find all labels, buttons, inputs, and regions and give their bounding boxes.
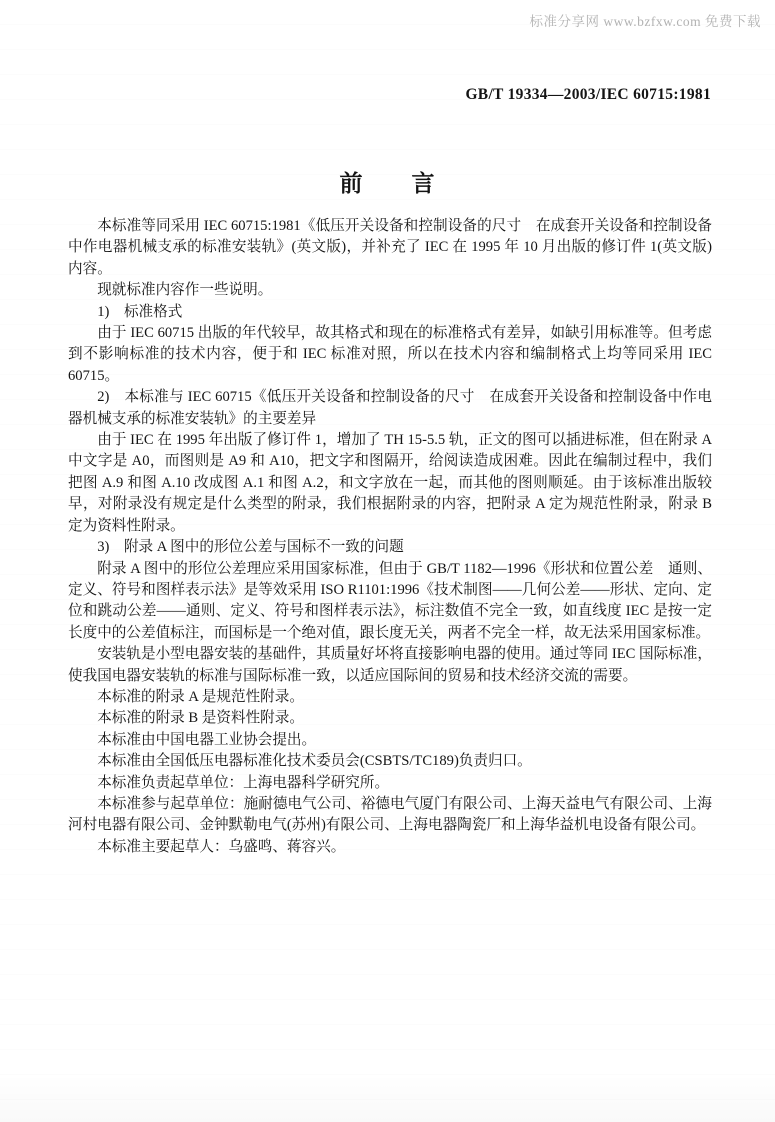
paragraph: 本标准负责起草单位：上海电器科学研究所。 [68,773,712,794]
paragraph: 3) 附录 A 图中的形位公差与国标不一致的问题 [68,537,712,558]
paragraph: 现就标准内容作一些说明。 [68,280,712,301]
paragraph: 由于 IEC 在 1995 年出版了修订件 1，增加了 TH 15-5.5 轨，… [68,430,712,537]
document-page: 标准分享网 www.bzfxw.com 免费下载 GB/T 19334—2003… [0,0,775,1122]
paragraph: 附录 A 图中的形位公差理应采用国家标准，但由于 GB/T 1182—1996《… [68,559,712,645]
paragraph: 本标准的附录 B 是资料性附录。 [68,708,712,729]
paragraph: 2) 本标准与 IEC 60715《低压开关设备和控制设备的尺寸 在成套开关设备… [68,387,712,430]
paragraph: 1) 标准格式 [68,302,712,323]
watermark-text: 标准分享网 www.bzfxw.com 免费下载 [530,10,761,30]
paragraph: 由于 IEC 60715 出版的年代较早，故其格式和现在的标准格式有差异，如缺引… [68,323,712,387]
standard-code: GB/T 19334—2003/IEC 60715:1981 [465,86,711,104]
paragraph: 本标准等同采用 IEC 60715:1981《低压开关设备和控制设备的尺寸 在成… [68,216,712,280]
page-title: 前 言 [0,165,775,198]
paragraph: 本标准由中国电器工业协会提出。 [68,730,712,751]
paragraph: 本标准的附录 A 是规范性附录。 [68,687,712,708]
paragraph: 本标准主要起草人：乌盛鸣、蒋容兴。 [68,837,712,858]
paragraph: 本标准参与起草单位：施耐德电气公司、裕德电气厦门有限公司、上海天益电气有限公司、… [68,794,712,837]
paragraph: 本标准由全国低压电器标准化技术委员会(CSBTS/TC189)负责归口。 [68,751,712,772]
document-body: 本标准等同采用 IEC 60715:1981《低压开关设备和控制设备的尺寸 在成… [68,216,712,858]
paragraph: 安装轨是小型电器安装的基础件，其质量好坏将直接影响电器的使用。通过等同 IEC … [68,644,712,687]
